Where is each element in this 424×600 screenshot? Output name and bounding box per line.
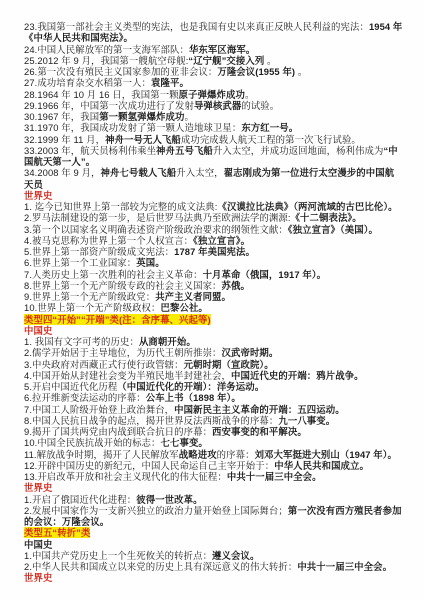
- list-item: 11.解放战争时期，揭开了人民解放军战略进攻的序幕：刘邓大军挺进大别山（1947…: [24, 449, 403, 460]
- section-heading: 世界史: [24, 190, 403, 201]
- list-item: 2.发展中国家作为一支新兴独立的政治力量开始登上国际舞台；第一次没有西方殖民者参…: [24, 505, 403, 528]
- text-segment: 3.中央政府对西藏正式行使行政管辖：: [24, 359, 184, 370]
- text-segment: 中共十一届三中全会。: [227, 471, 322, 482]
- text-segment: 导弹核武器: [194, 100, 241, 111]
- notes-page: 23.我国第一部社会主义类型的宪法，也是我国有史以来真正反映人民利益的宪法：19…: [0, 0, 424, 600]
- text-segment: 2.罗马法制建设的第一步，是后世罗马法典乃至欧洲法学的渊源:: [24, 212, 291, 223]
- text-segment: 袁隆平。: [151, 77, 189, 88]
- text-segment: 28.1964 年 10 月 16 日，我国第一颗: [24, 89, 179, 100]
- text-segment: 世界史: [24, 572, 52, 583]
- list-item: 3.第一个以国家名义明确表述资产阶级政治要求的纲领性文献：《独立宣言》（美国）。: [24, 224, 403, 235]
- text-segment: 4.被马克思称为世界上第一个人权宣言：: [24, 235, 193, 246]
- text-segment: 6.世界上第一个工业国家：: [24, 257, 136, 268]
- list-item: 7.人类历史上第一次胜利的社会主义革命：十月革命（俄国，1917 年）。: [24, 269, 403, 280]
- subsection-heading: 中国史: [24, 539, 403, 550]
- text-segment: 24.中国人民解放军的第一支海军部队：: [24, 44, 189, 55]
- text-segment: 2.发展中国家作为一支新兴独立的政治力量开始登上国际舞台；: [24, 505, 288, 516]
- text-segment: 中国近代史的开端：鸦片战争。: [231, 370, 364, 381]
- text-segment: 升入太空，并成功返回地面，杨利伟成为: [213, 145, 384, 156]
- list-item: 2.罗马法制建设的第一步，是后世罗马法典乃至欧洲法学的渊源:《十二铜表法》。: [24, 212, 403, 223]
- text-segment: 6.拉开维新变法运动的序幕：: [24, 392, 146, 403]
- list-item: 23.我国第一部社会主义类型的宪法，也是我国有史以来真正反映人民利益的宪法：19…: [24, 21, 403, 44]
- document-body: 23.我国第一部社会主义类型的宪法，也是我国有史以来真正反映人民利益的宪法：19…: [24, 21, 403, 584]
- list-item: 26.第一次没有殖民主义国家参加的亚非会议：万隆会议(1955 年) 。: [24, 66, 403, 77]
- text-segment: 4.中国开始从封建社会变为半殖民地半封建社会，: [24, 370, 231, 381]
- list-item: 1. 我国有文字可考的历史：从商朝开始。: [24, 336, 403, 347]
- list-item: 1. 迄今已知世界上第一部较为完整的成文法典:《汉谟拉比法典》（两河流域的古巴比…: [24, 201, 403, 212]
- text-segment: 11.解放战争时期，揭开了人民解放军: [24, 449, 179, 460]
- text-segment: 万隆会议(1955 年): [217, 66, 295, 77]
- text-segment: 世界史: [24, 482, 52, 493]
- text-segment: 《独立宣言》。: [193, 235, 250, 246]
- text-segment: 13.开启改革开放和社会主义现代化的伟大征程：: [24, 471, 227, 482]
- text-segment: 中华人民共和国成立。: [274, 460, 369, 471]
- text-segment: （中国近代化的开端）：洋务运动。: [117, 381, 264, 392]
- text-segment: 5.世界上第一部资产阶级成文宪法：: [24, 246, 174, 257]
- text-segment: 1. 我国有文字可考的历史：: [24, 336, 139, 347]
- list-item: 2.中华人民共和国成立以来党的历史上具有深远意义的伟大转折：中共十一届三中全会。: [24, 561, 403, 572]
- text-segment: 神舟七号载人飞船: [100, 167, 176, 178]
- text-segment: 34.2008 年 9 月，: [24, 167, 100, 178]
- text-segment: 共产主义者同盟。: [155, 291, 231, 302]
- text-segment: 1787 年美国宪法。: [174, 246, 255, 257]
- category-heading: 类型四“开始”“开端”类(注：含序幕、兴起等): [24, 314, 403, 325]
- section-heading: 中国史: [24, 325, 403, 336]
- list-item: 1.开启了俄国近代化进程：彼得一世改革。: [24, 494, 403, 505]
- list-item: 4.中国开始从封建社会变为半殖民地半封建社会，中国近代史的开端：鸦片战争。: [24, 370, 403, 381]
- text-segment: 英国。: [136, 257, 164, 268]
- list-item: 12.开辟中国历史的新纪元，中国人民命运自己主宰开始于：中华人民共和国成立。: [24, 460, 403, 471]
- list-item: 7.中国工人阶级开始登上政治舞台，中国新民主主义革命的开端：五四运动。: [24, 404, 403, 415]
- text-segment: 1.开启了俄国近代化进程：: [24, 494, 136, 505]
- text-segment: “辽宁舰”交接入列: [188, 55, 264, 66]
- text-segment: 中国新民主主义革命的开端：五四运动。: [174, 404, 345, 415]
- list-item: 13.开启改革开放和社会主义现代化的伟大征程：中共十一届三中全会。: [24, 471, 403, 482]
- text-segment: 。: [245, 89, 254, 100]
- text-segment: 战略进攻: [179, 449, 217, 460]
- text-segment: 《独立宣言》（美国）。: [288, 224, 378, 235]
- text-segment: 汉武帝时期。: [222, 347, 279, 358]
- text-segment: 12.开辟中国历史的新纪元，中国人民命运自己主宰开始于：: [24, 460, 274, 471]
- list-item: 25.2012 年 9 月，我国第一艘航空母舰:“辽宁舰”交接入列 。: [24, 55, 403, 66]
- list-item: 1.中国共产党历史上一个生死攸关的转折点：遵义会议。: [24, 550, 403, 561]
- text-segment: 《汉谟拉比法典》（两河流域的古巴比伦）。: [217, 201, 397, 212]
- text-segment: 2.儒学开始居于主导地位，为历代王朝所推崇：: [24, 347, 222, 358]
- text-segment: 。: [295, 66, 307, 77]
- list-item: 31.1970 年，我国成功发射了第一颗人造地球卫星：东方红一号。: [24, 122, 403, 133]
- list-item: 27.成功培育杂交水稻第一人：袁隆平。: [24, 77, 403, 88]
- text-segment: 十月革命（俄国，1917 年）。: [203, 269, 327, 280]
- section-heading: 世界史: [24, 482, 403, 493]
- text-segment: 7.人类历史上第一次胜利的社会主义革命：: [24, 269, 203, 280]
- text-segment: 的试验。: [241, 100, 279, 111]
- list-item: 5.世界上第一部资产阶级成文宪法：1787 年美国宪法。: [24, 246, 403, 257]
- text-segment: 26.第一次没有殖民主义国家参加的亚非会议：: [24, 66, 217, 77]
- text-segment: 神舟一号无人飞船: [105, 134, 181, 145]
- text-segment: 刘邓大军挺进大别山（1947 年）。: [255, 449, 397, 460]
- text-segment: 遵义会议。: [212, 550, 259, 561]
- text-segment: 元朝时期（宣政院）。: [184, 359, 274, 370]
- text-segment: 2.中华人民共和国成立以来党的历史上具有深远意义的伟大转折：: [24, 561, 297, 572]
- text-segment: 成功完成载人航天工程的第一次飞行试验。: [181, 134, 361, 145]
- text-segment: 世界史: [24, 190, 52, 201]
- text-segment: 苏俄。: [222, 280, 250, 291]
- text-segment: 23.我国第一部社会主义类型的宪法，也是我国有史以来真正反映人民利益的宪法：: [24, 21, 369, 32]
- text-segment: 33.2003 年，航天员杨利伟乘坐: [24, 145, 156, 156]
- text-segment: 彼得一世改革。: [136, 494, 202, 505]
- list-item: 2.儒学开始居于主导地位，为历代王朝所推崇：汉武帝时期。: [24, 347, 403, 358]
- text-segment: 西安事变的和平解决。: [212, 426, 307, 437]
- list-item: 6.拉开维新变法运动的序幕：公车上书（1898 年）。: [24, 392, 403, 403]
- text-segment: 中国史: [24, 325, 52, 336]
- text-segment: 1. 迄今已知世界上第一部较为完整的成文法典:: [24, 201, 217, 212]
- text-segment: 公车上书（1898 年）。: [146, 392, 241, 403]
- text-segment: 9.揭开了国共两党由内战到联合抗日的序幕：: [24, 426, 212, 437]
- text-segment: 30.1967 年，我国: [24, 111, 99, 122]
- text-segment: 10.中国全民族抗战开始的标志：: [24, 437, 161, 448]
- text-segment: 从商朝开始。: [139, 336, 196, 347]
- text-segment: 类型五“转折”类: [24, 527, 90, 538]
- text-segment: 中共十一届三中全会。: [297, 561, 392, 572]
- list-item: 5.开启中国近代化历程（中国近代化的开端）：洋务运动。: [24, 381, 403, 392]
- list-item: 4.被马克思称为世界上第一个人权宣言：《独立宣言》。: [24, 235, 403, 246]
- text-segment: 10.世界上第一个无产阶级政权：: [24, 302, 161, 313]
- text-segment: 8.中国人民抗日战争的起点，揭开世界反法西斯战争的序幕：: [24, 415, 278, 426]
- text-segment: 31.1970 年，我国成功发射了第一颗人造地球卫星：: [24, 122, 241, 133]
- section-heading: 世界史: [24, 572, 403, 583]
- text-segment: 8.世界上第一个无产阶级专政的社会主义国家：: [24, 280, 222, 291]
- text-segment: 。: [264, 55, 276, 66]
- list-item: 3.中央政府对西藏正式行使行政管辖：元朝时期（宣政院）。: [24, 359, 403, 370]
- list-item: 9.揭开了国共两党由内战到联合抗日的序幕：西安事变的和平解决。: [24, 426, 403, 437]
- list-item: 8.世界上第一个无产阶级专政的社会主义国家：苏俄。: [24, 280, 403, 291]
- text-segment: 原子弹爆炸成功: [179, 89, 245, 100]
- text-segment: 《十二铜表法》。: [291, 212, 362, 223]
- list-item: 10.中国全民族抗战开始的标志：七七事变。: [24, 437, 403, 448]
- text-segment: 3.第一个以国家名义明确表述资产阶级政治要求的纲领性文献：: [24, 224, 288, 235]
- list-item: 8.中国人民抗日战争的起点，揭开世界反法西斯战争的序幕：九一八事变。: [24, 415, 403, 426]
- text-segment: 东方红一号。: [241, 122, 298, 133]
- text-segment: 七七事变。: [161, 437, 208, 448]
- list-item: 10.世界上第一个无产阶级政权：巴黎公社。: [24, 302, 403, 313]
- text-segment: 32.1999 年 11 月，: [24, 134, 105, 145]
- list-item: 28.1964 年 10 月 16 日，我国第一颗原子弹爆炸成功。: [24, 89, 403, 100]
- text-segment: 华东军区海军。: [189, 44, 255, 55]
- list-item: 30.1967 年，我国第一颗氢弹爆炸成功。: [24, 111, 403, 122]
- list-item: 29.1966 年，中国第一次成功进行了发射导弹核武器的试验。: [24, 100, 403, 111]
- text-segment: 九一八事变。: [278, 415, 335, 426]
- text-segment: 神舟五号飞船: [156, 145, 213, 156]
- text-segment: 25.2012 年 9 月，我国第一艘航空母舰:: [24, 55, 188, 66]
- list-item: 24.中国人民解放军的第一支海军部队：华东军区海军。: [24, 44, 403, 55]
- text-segment: 类型四“开始”“开端”类(注：含序幕、兴起等): [24, 314, 211, 325]
- text-segment: 1.中国共产党历史上一个生死攸关的转折点：: [24, 550, 212, 561]
- text-segment: 巴黎公社。: [161, 302, 208, 313]
- text-segment: 7.中国工人阶级开始登上政治舞台，: [24, 404, 174, 415]
- category-heading: 类型五“转折”类: [24, 527, 403, 538]
- text-segment: 的序幕：: [217, 449, 255, 460]
- text-segment: 5.开启中国近代化历程: [24, 381, 117, 392]
- text-segment: 。: [184, 111, 193, 122]
- text-segment: 中国史: [24, 539, 52, 550]
- text-segment: 9.世界上第一个无产阶级政党：: [24, 291, 155, 302]
- list-item: 33.2003 年，航天员杨利伟乘坐神舟五号飞船升入太空，并成功返回地面，杨利伟…: [24, 145, 403, 168]
- list-item: 6.世界上第一个工业国家：英国。: [24, 257, 403, 268]
- text-segment: 第一颗氢弹爆炸成功: [99, 111, 184, 122]
- text-segment: 27.成功培育杂交水稻第一人：: [24, 77, 151, 88]
- list-item: 32.1999 年 11 月，神舟一号无人飞船成功完成载人航天工程的第一次飞行试…: [24, 134, 403, 145]
- text-segment: 29.1966 年，中国第一次成功进行了发射: [24, 100, 194, 111]
- text-segment: 升入太空，: [176, 167, 223, 178]
- list-item: 34.2008 年 9 月，神舟七号载人飞船升入太空，翟志刚成为第一位进行太空漫…: [24, 167, 403, 190]
- list-item: 9.世界上第一个无产阶级政党：共产主义者同盟。: [24, 291, 403, 302]
